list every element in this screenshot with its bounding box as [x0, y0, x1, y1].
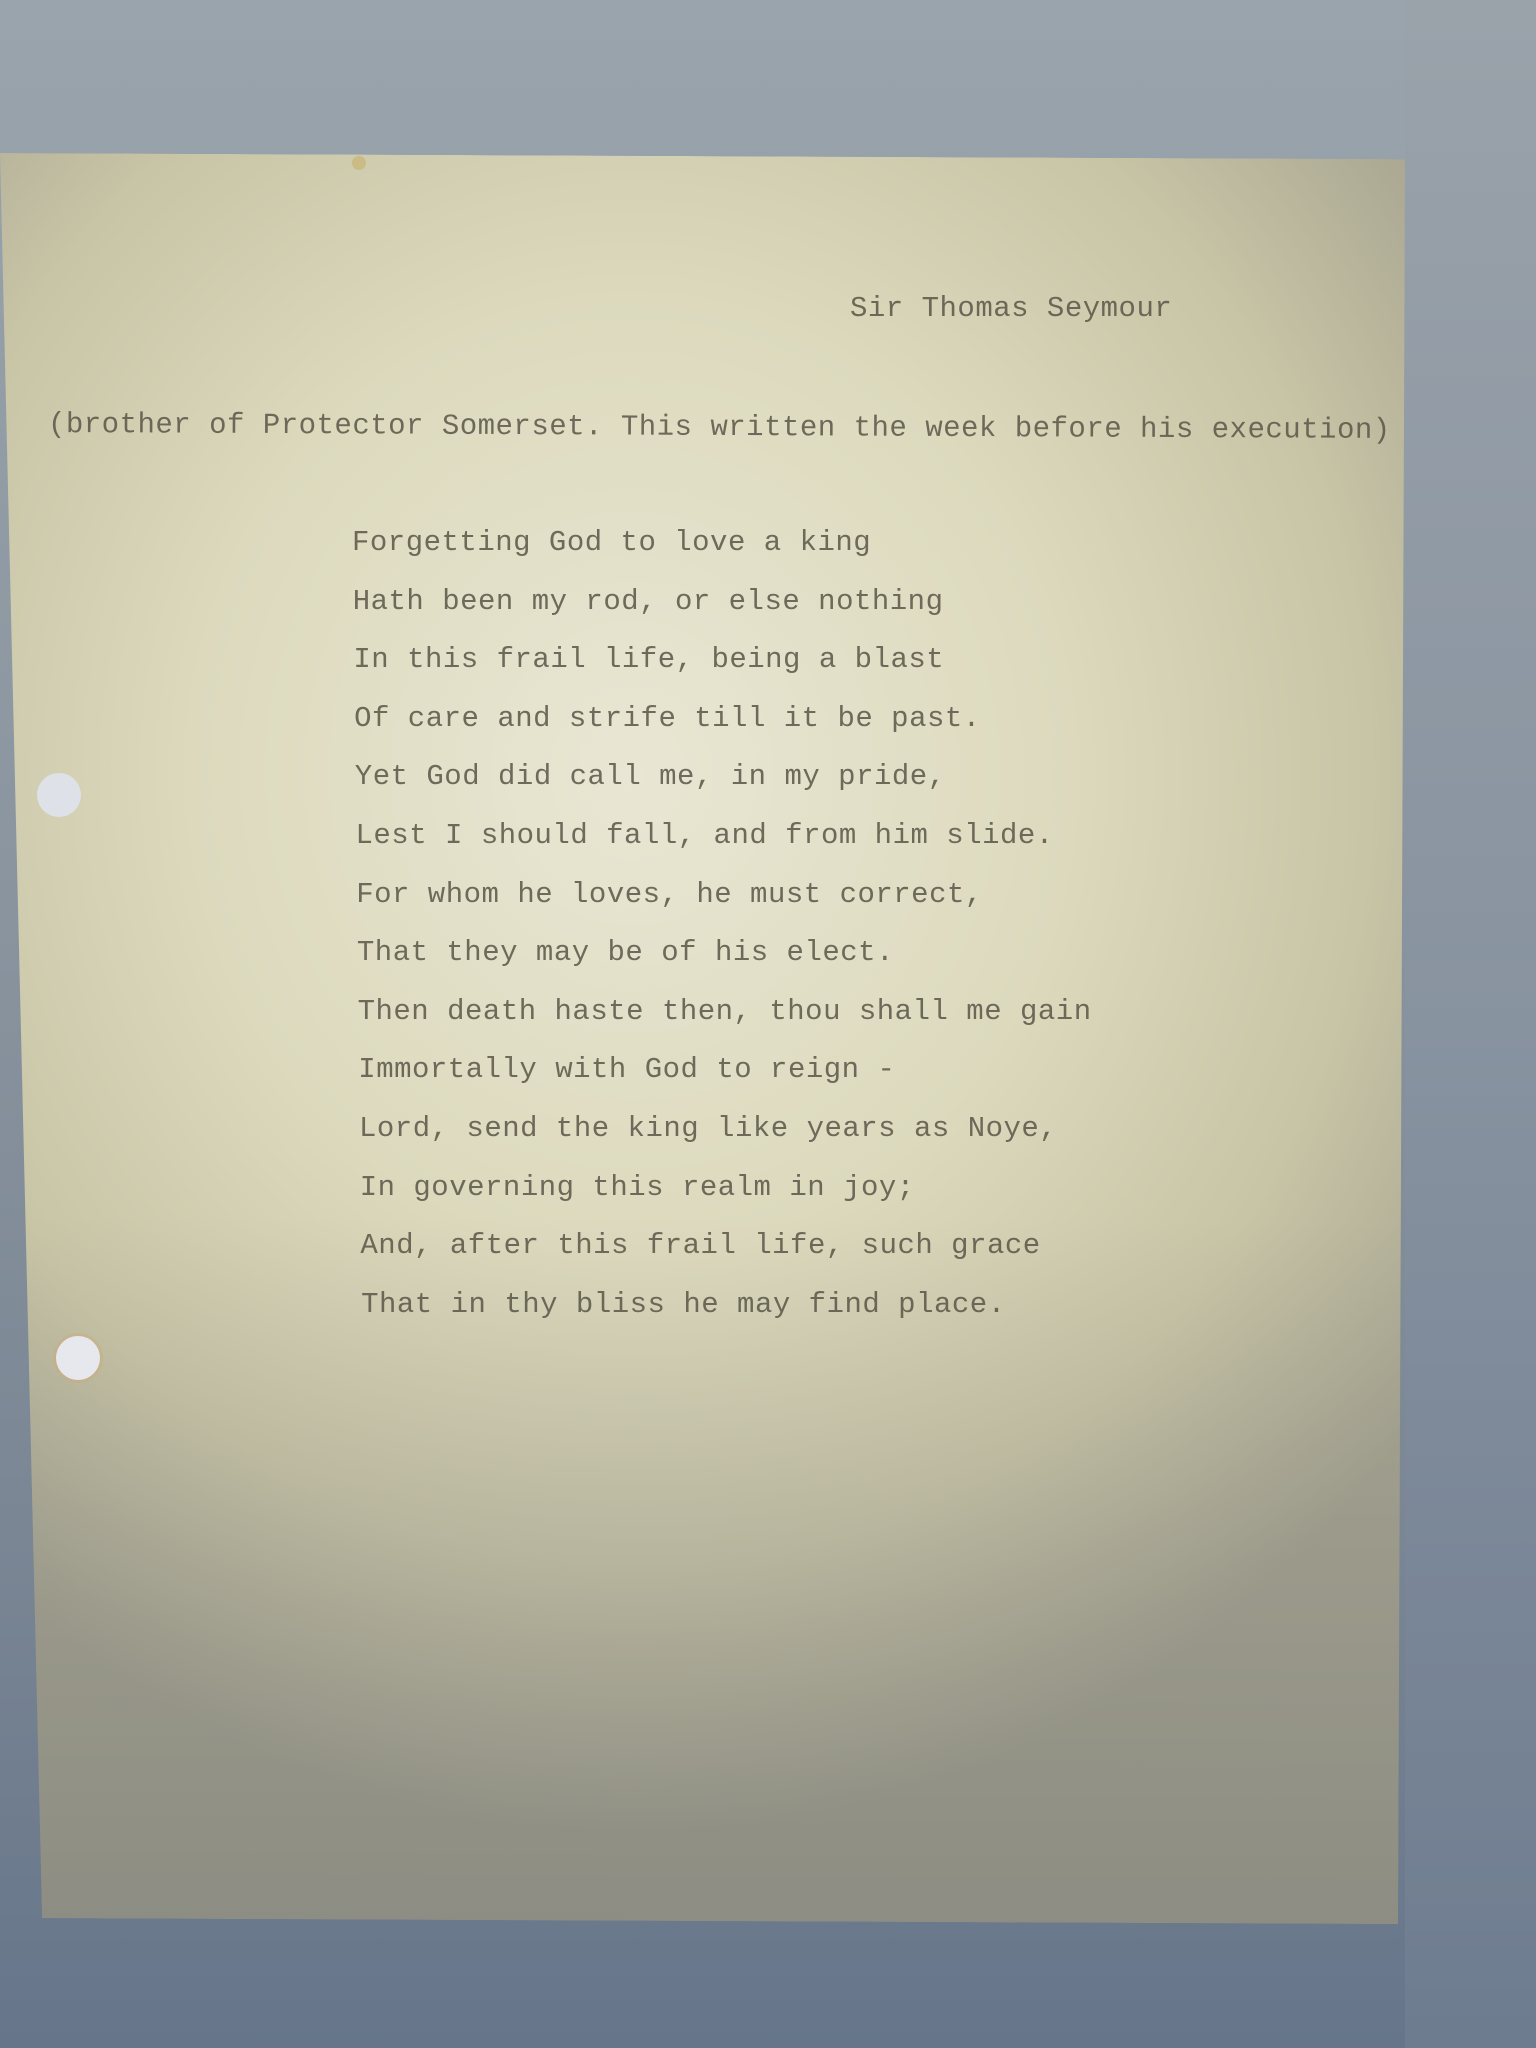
poem-line: Hath been my rod, or else nothing [352, 582, 1092, 641]
poem-line: Of care and strife till it be past. [352, 699, 1092, 758]
poem-line: That in thy bliss he may find place. [352, 1285, 1092, 1344]
poem-line: That they may be of his elect. [352, 933, 1092, 992]
poem-line: And, after this frail life, such grace [352, 1226, 1092, 1285]
poem-line: Yet God did call me, in my pride, [352, 757, 1092, 816]
punch-hole-bottom [56, 1336, 100, 1380]
poem-line: Then death haste then, thou shall me gai… [352, 992, 1092, 1051]
poem-line: Forgetting God to love a king [352, 523, 1092, 582]
poem-line: Immortally with God to reign - [352, 1050, 1092, 1109]
punch-hole-top [37, 773, 81, 817]
author-heading: Sir Thomas Seymour [850, 292, 1172, 325]
context-note: (brother of Protector Somerset. This wri… [48, 408, 1391, 447]
paper-stain [352, 156, 366, 170]
poem-line: In governing this realm in joy; [352, 1168, 1092, 1227]
poem: Forgetting God to love a king Hath been … [352, 523, 1092, 1343]
background-surface [1405, 0, 1536, 2048]
poem-line: Lest I should fall, and from him slide. [352, 816, 1092, 875]
poem-line: Lord, send the king like years as Noye, [352, 1109, 1092, 1168]
poem-line: For whom he loves, he must correct, [352, 875, 1092, 934]
poem-line: In this frail life, being a blast [352, 640, 1092, 699]
